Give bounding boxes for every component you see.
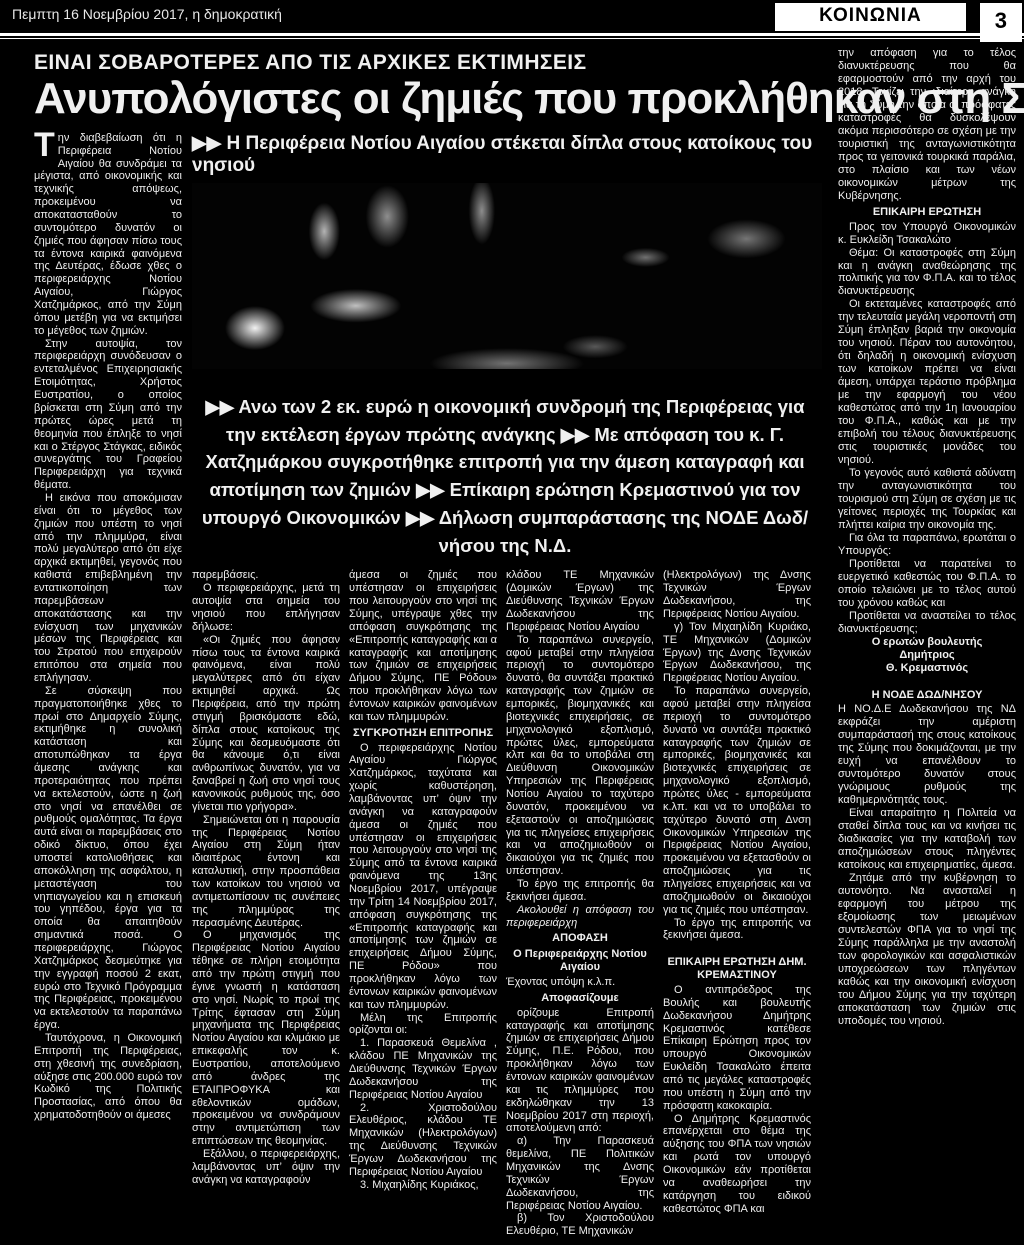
paragraph: β) Τον Χριστοδούλου Ελευθέριο, ΤΕ Μηχανι…: [506, 1212, 654, 1238]
drop-cap: Τ: [34, 132, 58, 158]
paragraph: Έχοντας υπόψη κ.λ.π.: [506, 976, 654, 989]
paragraph: 3. Μιχαηλίδης Κυριάκος,: [349, 1179, 497, 1192]
paragraph: Προς τον Υπουργό Οικονομικών κ. Ευκλείδη…: [838, 221, 1016, 247]
masthead-date: Πεμπτη 16 Νοεμβρίου 2017, η δημοκρατική: [12, 3, 282, 22]
paragraph: Σε σύσκεψη που πραγματοποιήθηκε χθες το …: [34, 685, 182, 1032]
paragraph: Εξάλλου, ο περιφερειάρχης, λαμβάνοντας υ…: [192, 1148, 340, 1187]
page-number: 3: [980, 3, 1022, 42]
paragraph: γ) Τον Μιχαηλίδη Κυριάκο, ΤΕ Μηχανικών (…: [663, 621, 811, 685]
center-block: ▶▶ Η Περιφέρεια Νοτίου Αιγαίου στέκεται …: [192, 132, 826, 1238]
paragraph: Οι εκτεταμένες καταστροφές από την τελευ…: [838, 298, 1016, 467]
column-subhead: ΑΠΟΦΑΣΗ: [506, 932, 654, 945]
paragraph: «Οι ζημιές που άφησαν πίσω τους τα έντον…: [192, 634, 340, 814]
photo-subhead: ▶▶ Η Περιφέρεια Νοτίου Αιγαίου στέκεται …: [192, 132, 826, 177]
paragraph: Ταυτόχρονα, η Οικονομική Επιτροπή της Πε…: [34, 1032, 182, 1122]
paragraph: Ο μηχανισμός της Περιφέρειας Νοτίου Αιγα…: [192, 929, 340, 1148]
body-column-3: άμεσα οι ζημιές που υπέστησαν οι επιχειρ…: [349, 569, 497, 1238]
body-columns: παρεμβάσεις.Ο περιφερειάρχης, μετά τη αυ…: [192, 569, 826, 1238]
paragraph: (Ηλεκτρολόγων) της Δνσης Τεχνικών Έργων …: [663, 569, 811, 620]
paragraph: άμεσα οι ζημιές που υπέστησαν οι επιχειρ…: [349, 569, 497, 723]
paragraph: Θέμα: Οι καταστροφές στη Σύμη και η ανάγ…: [838, 247, 1016, 299]
column-subhead: ΕΠΙΚΑΙΡΗ ΕΡΩΤΗΣΗ: [838, 206, 1016, 219]
paragraph: Το γεγονός αυτό καθιστά αδύνατη την αντα…: [838, 467, 1016, 532]
column-subhead: Αποφασίζουμε: [506, 992, 654, 1005]
column-subhead: ΣΥΓΚΡΟΤΗΣΗ ΕΠΙΤΡΟΠΗΣ: [349, 727, 497, 740]
paragraph: Το παραπάνω συνεργείο, αφού μεταβεί στην…: [663, 685, 811, 916]
body-column-4: κλάδου ΤΕ Μηχανικών (Δομικών Έργων) της …: [506, 569, 654, 1238]
article-photo: [192, 183, 822, 369]
paragraph: κλάδου ΤΕ Μηχανικών (Δομικών Έργων) της …: [506, 569, 654, 633]
header-right: ΚΟΙΝΩΝΙΑ 3: [775, 3, 1024, 42]
intro-column: Την διαβεβαίωση ότι η Περιφέρεια Νοτίου …: [34, 132, 182, 1238]
paragraph: Είναι απαραίτητο η Πολιτεία να σταθεί δί…: [838, 807, 1016, 872]
spacer: [663, 942, 811, 953]
paragraph: Το παραπάνω συνεργείο, αφού μεταβεί στην…: [506, 634, 654, 878]
body-column-5: (Ηλεκτρολόγων) της Δνσης Τεχνικών Έργων …: [663, 569, 811, 1238]
paragraph: Ακολουθεί η απόφαση του περιφερειάρχη: [506, 904, 654, 930]
article-deck: ▶▶ Ανω των 2 εκ. ευρώ η οικονομική συνδρ…: [192, 393, 818, 560]
page-header: Πεμπτη 16 Νοεμβρίου 2017, η δημοκρατική …: [0, 0, 1024, 33]
paragraph: Ο περιφερειάρχης Νοτίου Αιγαίου Γιώργος …: [349, 742, 497, 1012]
paragraph: την απόφαση για το τέλος διανυκτέρευσης …: [838, 47, 1016, 203]
paragraph: 2. Χριστοδούλου Ελευθέριος, κλάδου ΤΕ Μη…: [349, 1102, 497, 1179]
page-content: ΕΙΝΑΙ ΣΟΒΑΡΟΤΕΡΕΣ ΑΠΟ ΤΙΣ ΑΡΧΙΚΕΣ ΕΚΤΙΜΗ…: [0, 41, 1024, 1238]
section-label: ΚΟΙΝΩΝΙΑ: [775, 3, 966, 31]
paragraph: α) Την Παρασκευά θεμελίνα, ΠΕ Πολιτικών …: [506, 1135, 654, 1212]
paragraph: Το έργο της επιτροπής να ξεκινήσει άμεσα…: [663, 917, 811, 943]
article-headline: Ανυπολόγιστες οι ζημιές που προκλήθηκαν …: [34, 77, 826, 122]
paragraph: Το έργο της επιτροπής θα ξεκινήσει άμεσα…: [506, 878, 654, 904]
paragraph: Σημειώνεται ότι η παρουσία της Περιφέρει…: [192, 814, 340, 930]
paragraph: Η εικόνα που αποκόμισαν είναι ότι το μέγ…: [34, 492, 182, 685]
paragraph: Ο Δημήτρης Κρεμαστινός επανέρχεται στο θ…: [663, 1113, 811, 1216]
column-subhead: Η ΝΟΔΕ ΔΩΔ/ΝΗΣΟΥ: [838, 689, 1016, 702]
paragraph: Ζητάμε από την κυβέρνηση το αυτονόητο. Ν…: [838, 872, 1016, 1028]
column-subhead: Ο Περιφερειάρχης Νοτίου Αιγαίου: [506, 948, 654, 974]
paragraph: Ο αντιπρόεδρος της Βουλής και βουλευτής …: [663, 984, 811, 1113]
paragraph: Για όλα τα παραπάνω, ερωτάται ο Υπουργός…: [838, 532, 1016, 558]
paragraph: παρεμβάσεις.: [192, 569, 340, 582]
paragraph: Στην αυτοψία, τον περιφερειάρχη συνόδευσ…: [34, 338, 182, 492]
spacer: [838, 675, 1016, 686]
column-subhead: ΕΠΙΚΑΙΡΗ ΕΡΩΤΗΣΗ ΔΗΜ. ΚΡΕΜΑΣΤΙΝΟΥ: [663, 956, 811, 982]
paragraph: 1. Παρασκευά Θεμελίνα , κλάδου ΠΕ Μηχανι…: [349, 1037, 497, 1101]
signature-line: Ο ερωτών βουλευτής: [838, 636, 1016, 649]
paragraph: Μέλη της Επιτροπής ορίζονται οι:: [349, 1012, 497, 1038]
article-body: Την διαβεβαίωση ότι η Περιφέρεια Νοτίου …: [0, 132, 826, 1238]
main-article: ΕΙΝΑΙ ΣΟΒΑΡΟΤΕΡΕΣ ΑΠΟ ΤΙΣ ΑΡΧΙΚΕΣ ΕΚΤΙΜΗ…: [0, 41, 826, 1238]
body-column-2: παρεμβάσεις.Ο περιφερειάρχης, μετά τη αυ…: [192, 569, 340, 1238]
paragraph: ορίζουμε Επιτροπή καταγραφής και αποτίμη…: [506, 1007, 654, 1136]
newspaper-page: Πεμπτη 16 Νοεμβρίου 2017, η δημοκρατική …: [0, 0, 1024, 1245]
paragraph: Προτίθεται να παρατείνει το ευεργετικό κ…: [838, 558, 1016, 610]
signature-line: Θ. Κρεμαστινός: [838, 662, 1016, 675]
paragraph: Ο περιφερειάρχης, μετά τη αυτοψία στα ση…: [192, 582, 340, 633]
signature-line: Δημήτριος: [838, 649, 1016, 662]
paragraph: Την διαβεβαίωση ότι η Περιφέρεια Νοτίου …: [34, 132, 182, 338]
sidebar-column: την απόφαση για το τέλος διανυκτέρευσης …: [826, 41, 1024, 1238]
article-kicker: ΕΙΝΑΙ ΣΟΒΑΡΟΤΕΡΕΣ ΑΠΟ ΤΙΣ ΑΡΧΙΚΕΣ ΕΚΤΙΜΗ…: [34, 51, 826, 75]
paragraph: Η ΝΟ.Δ.Ε Δωδεκανήσου της ΝΔ εκφράζει την…: [838, 703, 1016, 807]
paragraph: Προτίθεται να αναστείλει το τέλος διανυκ…: [838, 610, 1016, 636]
